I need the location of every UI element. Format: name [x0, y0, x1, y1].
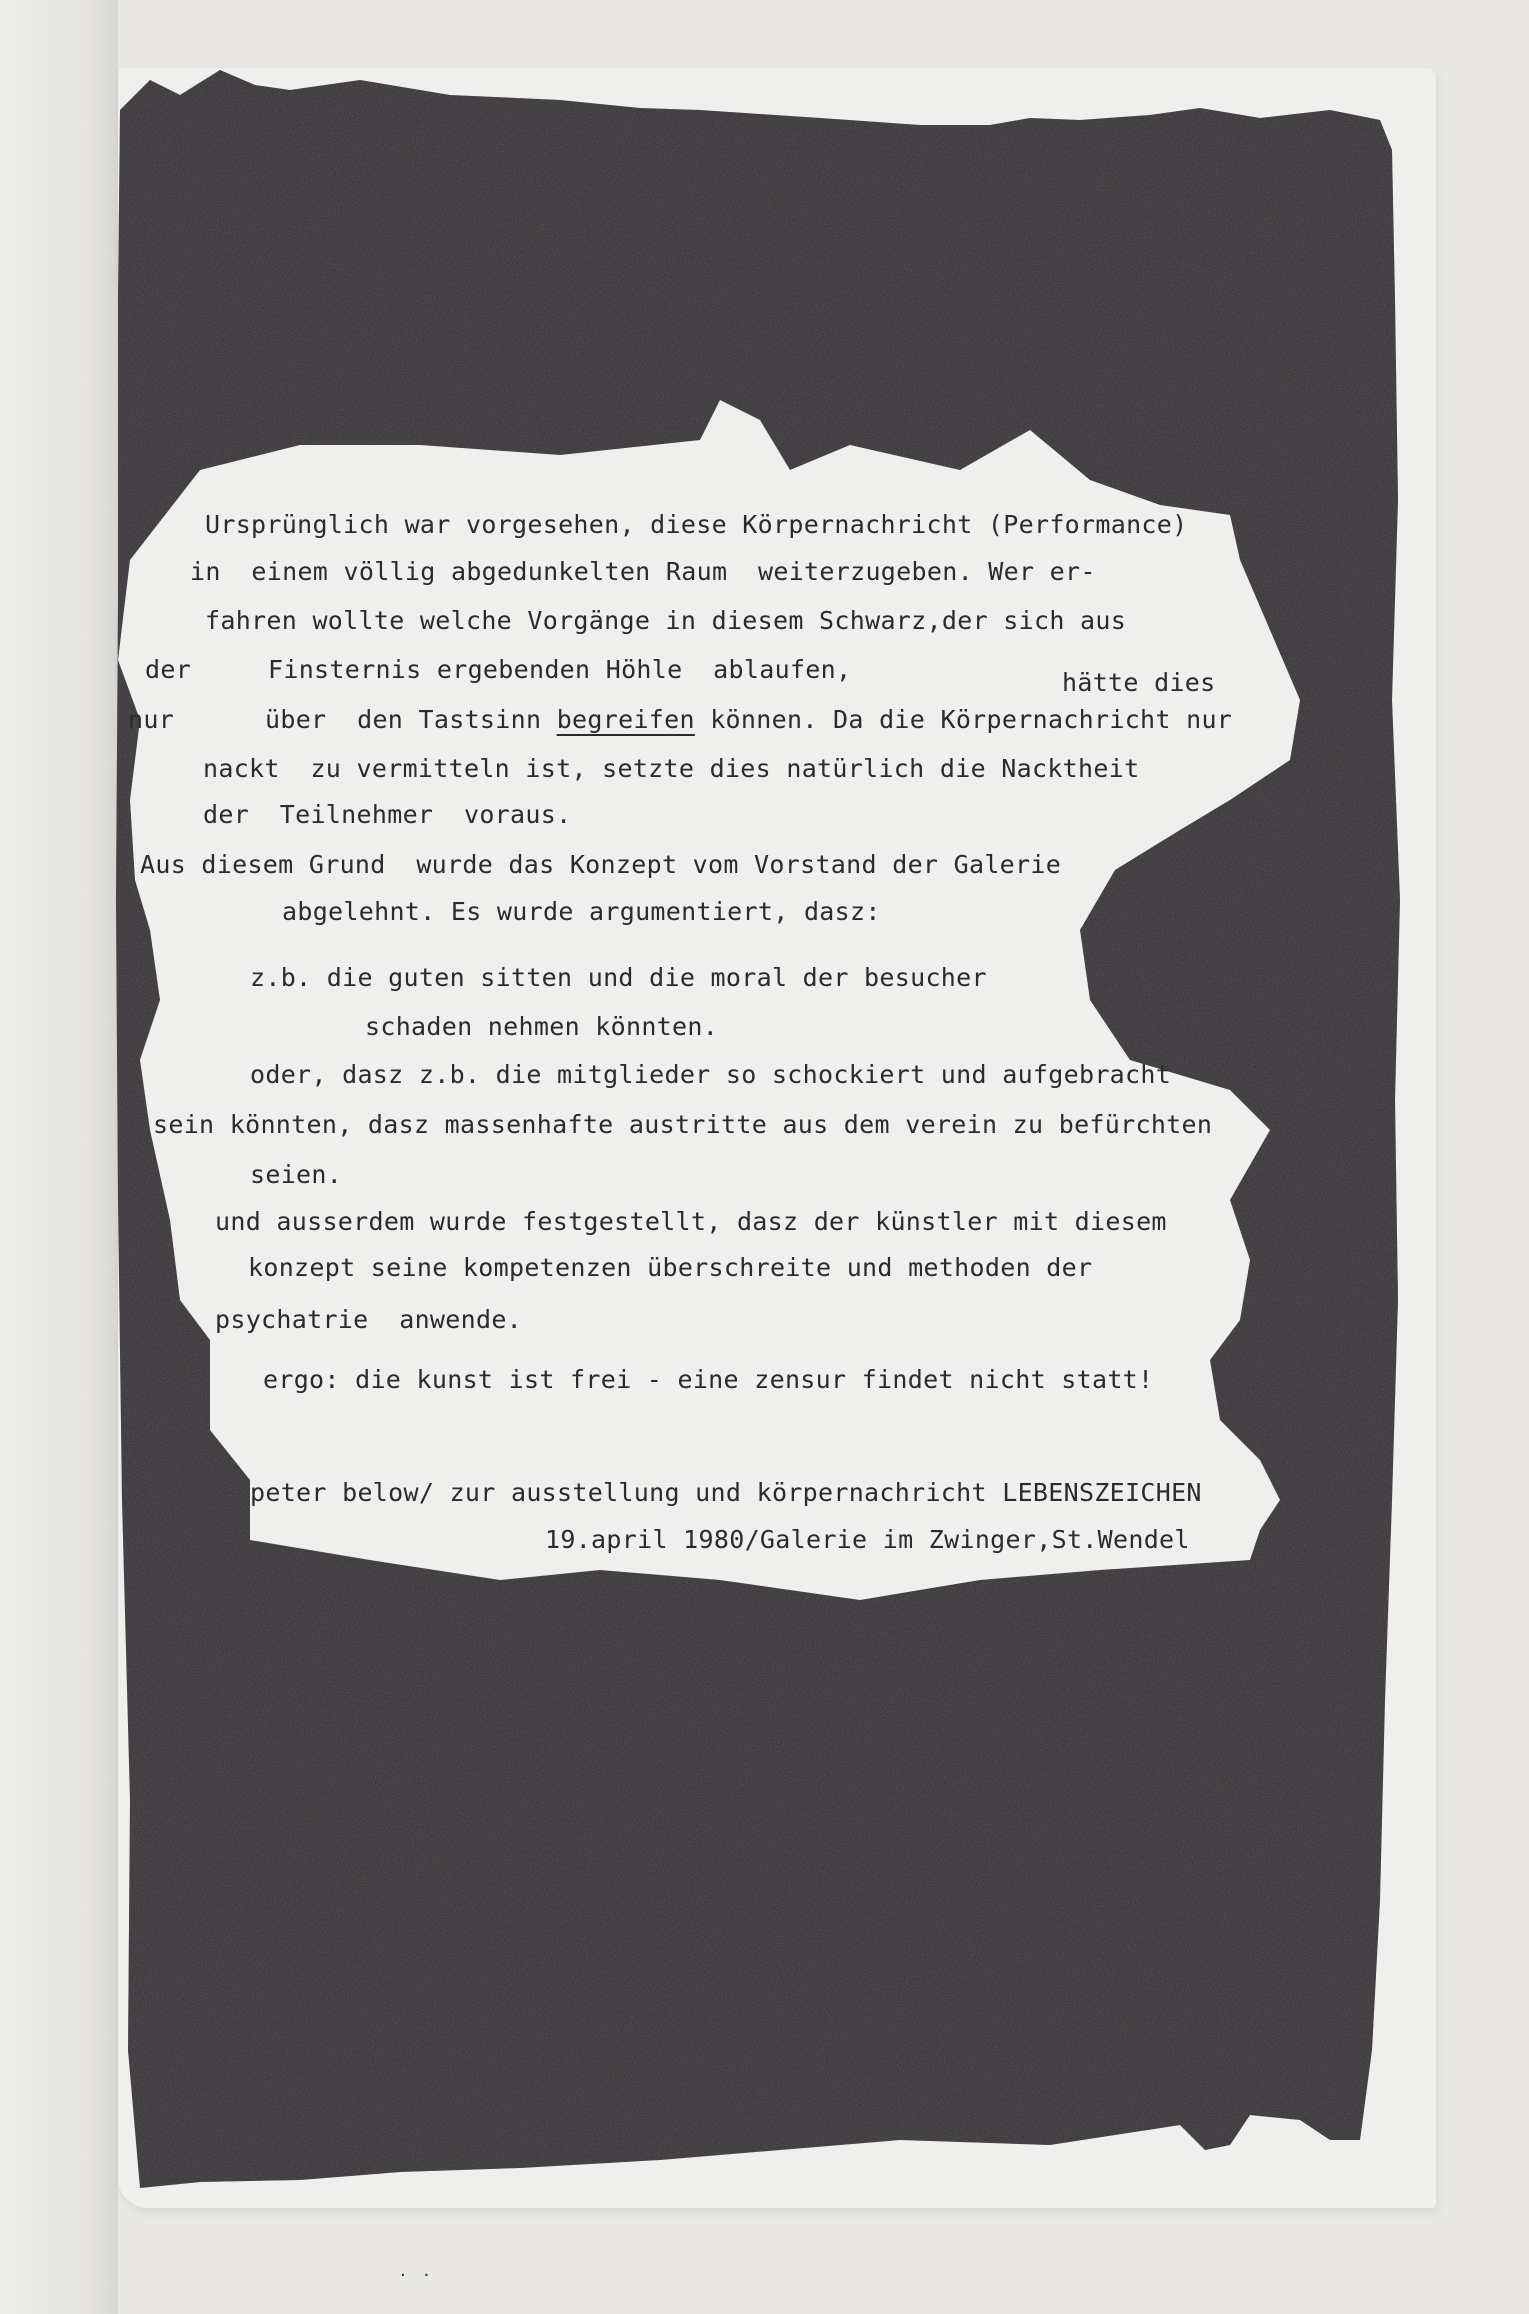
body-line-5-pre: über den Tastsinn	[265, 705, 557, 734]
conclusion-line: ergo: die kunst ist frei - eine zensur f…	[263, 1365, 1153, 1394]
body-line-16: konzept seine kompetenzen überschreite u…	[248, 1253, 1092, 1282]
body-line-17: psychatrie anwende.	[215, 1305, 522, 1334]
body-line-11: schaden nehmen könnten.	[365, 1012, 718, 1041]
body-line-2: in einem völlig abgedunkelten Raum weite…	[190, 557, 1096, 586]
body-line-5-margin: nur	[128, 705, 174, 734]
body-line-4-end: hätte dies	[1062, 668, 1216, 697]
footer-marks: . .	[400, 2260, 435, 2281]
body-line-12: oder, dasz z.b. die mitglieder so schock…	[250, 1060, 1171, 1089]
signature-line-1: peter below/ zur ausstellung und körpern…	[250, 1478, 1202, 1507]
body-line-5-post: können. Da die Körpernachricht nur	[695, 705, 1232, 734]
body-line-13: sein könnten, dasz massenhafte austritte…	[153, 1110, 1212, 1139]
body-line-9: abgelehnt. Es wurde argumentiert, dasz:	[282, 897, 881, 926]
body-line-5-main: über den Tastsinn begreifen können. Da d…	[265, 705, 1232, 734]
body-line-1: Ursprünglich war vorgesehen, diese Körpe…	[205, 510, 1187, 539]
body-line-7: der Teilnehmer voraus.	[203, 800, 571, 829]
text-window: Ursprünglich war vorgesehen, diese Körpe…	[0, 0, 1529, 2314]
signature-line-2: 19.april 1980/Galerie im Zwinger,St.Wend…	[545, 1525, 1190, 1554]
body-line-4-main: Finsternis ergebenden Höhle ablaufen,	[268, 655, 851, 684]
body-line-6: nackt zu vermitteln ist, setzte dies nat…	[203, 754, 1139, 783]
body-line-3: fahren wollte welche Vorgänge in diesem …	[205, 606, 1126, 635]
underlined-word: begreifen	[557, 705, 695, 734]
body-line-10: z.b. die guten sitten und die moral der …	[250, 963, 987, 992]
body-line-14: seien.	[250, 1160, 342, 1189]
body-line-15: und ausserdem wurde festgestellt, dasz d…	[215, 1207, 1167, 1236]
body-line-8: Aus diesem Grund wurde das Konzept vom V…	[140, 850, 1061, 879]
body-line-4-margin: der	[145, 655, 191, 684]
